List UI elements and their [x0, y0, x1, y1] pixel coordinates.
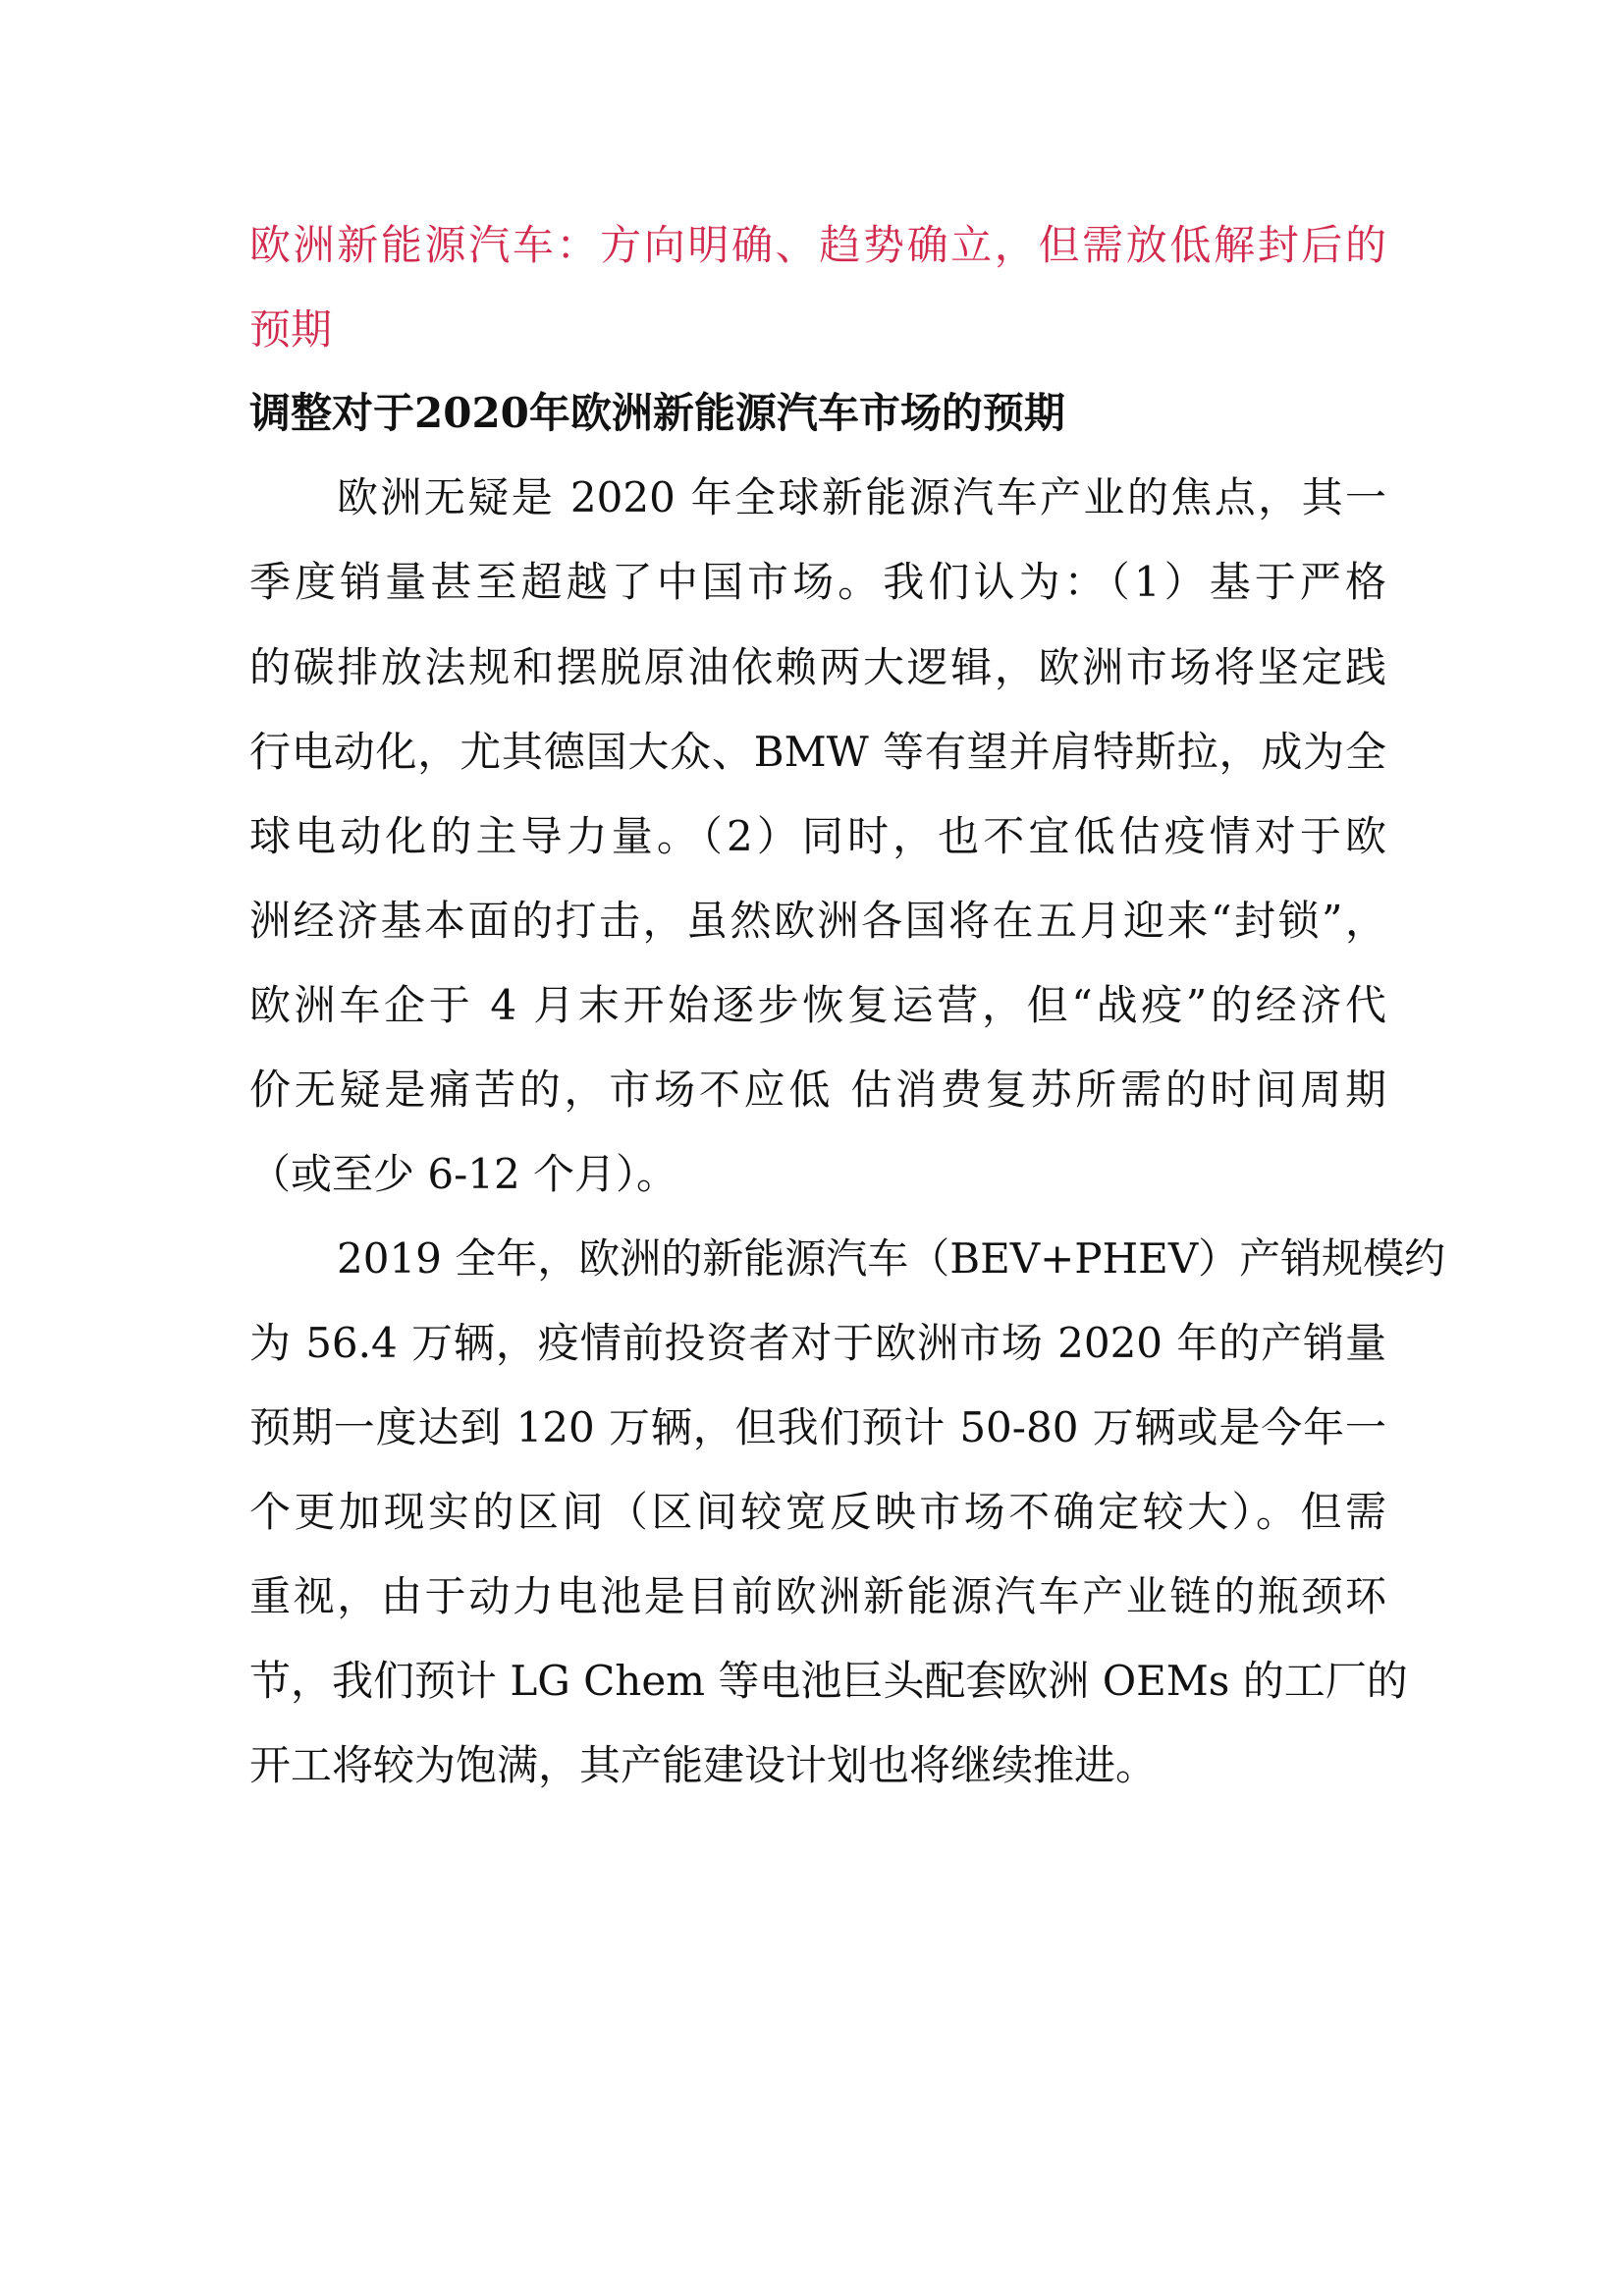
paragraph-line: 洲经济基本面的打击，虽然欧洲各国将在五月迎来“封锁”， [249, 897, 1386, 946]
paragraph-line: 个更加现实的区间（区间较宽反映市场不确定较大）。但需 [249, 1488, 1386, 1537]
paragraph-line: 为 56.4 万辆，疫情前投资者对于欧洲市场 2020 年的产销量 [249, 1319, 1386, 1368]
paragraph-line: 行电动化，尤其德国大众、BMW 等有望并肩特斯拉，成为全 [249, 728, 1386, 777]
document-title-line-1: 欧洲新能源汽车：方向明确、趋势确立，但需放低解封后的 [249, 221, 1386, 270]
paragraph-line: 季度销量甚至超越了中国市场。我们认为：（1）基于严格 [249, 558, 1386, 607]
paragraph-line: 预期一度达到 120 万辆，但我们预计 50-80 万辆或是今年一 [249, 1403, 1386, 1452]
paragraph-line: 重视，由于动力电池是目前欧洲新能源汽车产业链的瓶颈环 [249, 1572, 1386, 1621]
section-subheading: 调整对于2020年欧洲新能源汽车市场的预期 [249, 389, 1386, 438]
paragraph-line: 2019 全年，欧洲的新能源汽车（BEV+PHEV）产销规模约 [337, 1234, 1386, 1284]
document-title-line-2: 预期 [249, 305, 1386, 355]
paragraph-line: 的碳排放法规和摆脱原油依赖两大逻辑，欧洲市场将坚定践 [249, 643, 1386, 692]
paragraph-line: 节，我们预计 LG Chem 等电池巨头配套欧洲 OEMs 的工厂的 [249, 1657, 1386, 1706]
paragraph-line: （或至少 6-12 个月）。 [249, 1150, 1386, 1199]
paragraph-line: 价无疑是痛苦的，市场不应低 估消费复苏所需的时间周期 [249, 1066, 1386, 1115]
paragraph-line: 开工将较为饱满，其产能建设计划也将继续推进。 [249, 1741, 1386, 1790]
paragraph-line: 欧洲车企于 4 月末开始逐步恢复运营，但“战疫”的经济代 [249, 981, 1386, 1030]
paragraph-line: 球电动化的主导力量。（2）同时，也不宜低估疫情对于欧 [249, 812, 1386, 861]
paragraph-line: 欧洲无疑是 2020 年全球新能源汽车产业的焦点，其一 [337, 473, 1386, 522]
